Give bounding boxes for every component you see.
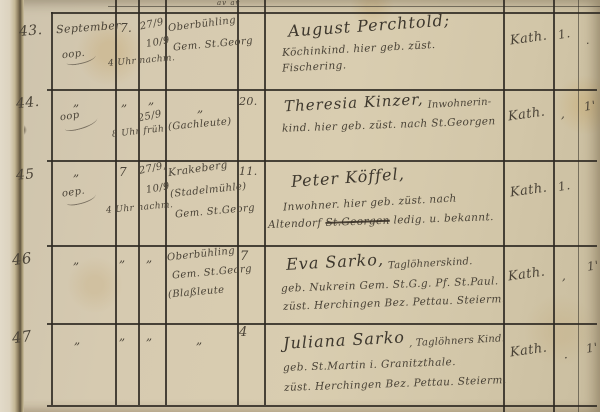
time-line-1: „ [148,94,155,106]
month-cell: „ [73,166,80,178]
tally-left: · [564,352,568,364]
grid-line-vertical [578,0,579,412]
tally-left: 1. [557,27,571,41]
grid-line-vertical [237,0,239,405]
house-number-cell: 4 [239,326,248,339]
grid-line-vertical [264,0,266,405]
month-cell: „ [73,254,80,266]
entry-number: 46 [11,251,33,268]
previous-row-remnant-text: av av [217,0,240,7]
grid-line-vertical [51,12,53,405]
grid-line-horizontal [47,405,597,407]
house-number-cell: 11. [239,166,258,177]
register-page: av av 43. September oop. 7. 27/9 10/9 4 … [0,0,600,412]
detail-2-struck-word: St.Georgen [325,215,390,229]
day-cell: „ [119,330,126,342]
time-line-1: „ [146,252,153,264]
book-binding-edge [0,0,24,412]
month-cell: „ [74,334,81,346]
tally-left: , [561,108,565,120]
day-cell: „ [121,96,128,108]
grid-line-horizontal [51,12,600,14]
entry-number: 44. [15,95,40,111]
grid-line-horizontal [108,6,600,7]
grid-line-horizontal [47,160,597,162]
month-cell: „ [73,96,80,108]
house-number-cell: 7 [240,250,249,263]
grid-line-horizontal [47,245,597,247]
tally-right: 1' [583,99,596,113]
day-cell: „ [119,252,126,264]
tally-left: , [562,270,566,282]
grid-line-horizontal [47,89,597,91]
tally-right: · [586,38,590,49]
grid-line-vertical [503,0,505,412]
time-line-1: „ [146,330,153,342]
day-cell: 7. [120,22,132,34]
place-line-1: „ [197,102,204,114]
entry-number: 45 [15,167,35,183]
detail-2-pre: Altendorf [268,217,326,231]
grid-line-horizontal [47,323,597,325]
place-line-1: „ [196,334,203,346]
entry-number: 43. [18,23,43,39]
day-cell: 7 [119,166,127,178]
tally-right: 1' [585,341,598,355]
tally-left: 1. [557,179,571,193]
house-number-cell: 20. [239,96,258,107]
grid-line-vertical [553,0,555,412]
entry-number: 47 [11,329,33,347]
tally-right: 1' [586,259,599,273]
